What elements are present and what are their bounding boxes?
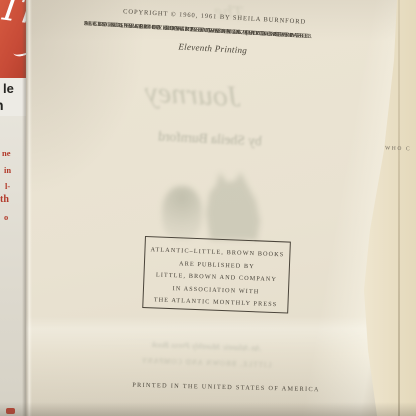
dust-jacket-spine: Th le n ne in l- th o: [0, 0, 26, 416]
jacket-script-title-fragment: Th: [0, 0, 26, 34]
red-speck: [6, 408, 15, 414]
jacket-red-panel: Th: [0, 0, 26, 78]
jacket-flap-text-edge: ne in l- th o: [0, 116, 26, 416]
show-through-title: Journey: [137, 75, 249, 115]
show-through-byline: by Sheila Burnford: [129, 127, 292, 151]
flap-text-fragment: l-: [5, 181, 10, 191]
copyright-block: COPYRIGHT © 1960, 1961 BY SHEILA BURNFOR…: [83, 6, 345, 61]
book-photo: WHO C The Journey by Sheila Burnford An …: [0, 0, 416, 416]
publisher-box: ATLANTIC–LITTLE, BROWN BOOKS ARE PUBLISH…: [142, 236, 291, 314]
flap-text-fragment: in: [4, 165, 11, 175]
dog-silhouette-right: [206, 172, 260, 240]
jacket-title-fragment: le: [3, 81, 14, 96]
flap-text-fragment: ne: [2, 148, 11, 158]
copyright-page: The Journey by Sheila Burnford An Atlant…: [26, 0, 400, 416]
jacket-title-fragment: n: [0, 97, 4, 113]
flap-text-fragment: th: [0, 194, 9, 205]
jacket-title-band: le n: [0, 78, 26, 116]
show-through-imprint-line1: An Atlantic Monthly Press Book: [120, 338, 292, 354]
jacket-swash-mark: [12, 44, 26, 58]
next-page-seam: [398, 0, 400, 416]
dog-silhouette-left: [162, 186, 202, 240]
next-page-text-fragment: WHO C: [385, 146, 416, 153]
show-through-animal-illustration: [154, 170, 266, 242]
flap-text-fragment: o: [4, 212, 8, 222]
show-through-imprint-line2: LITTLE, BROWN AND COMPANY: [125, 356, 287, 370]
printed-in-usa-line: PRINTED IN THE UNITED STATES OF AMERICA: [106, 381, 346, 394]
